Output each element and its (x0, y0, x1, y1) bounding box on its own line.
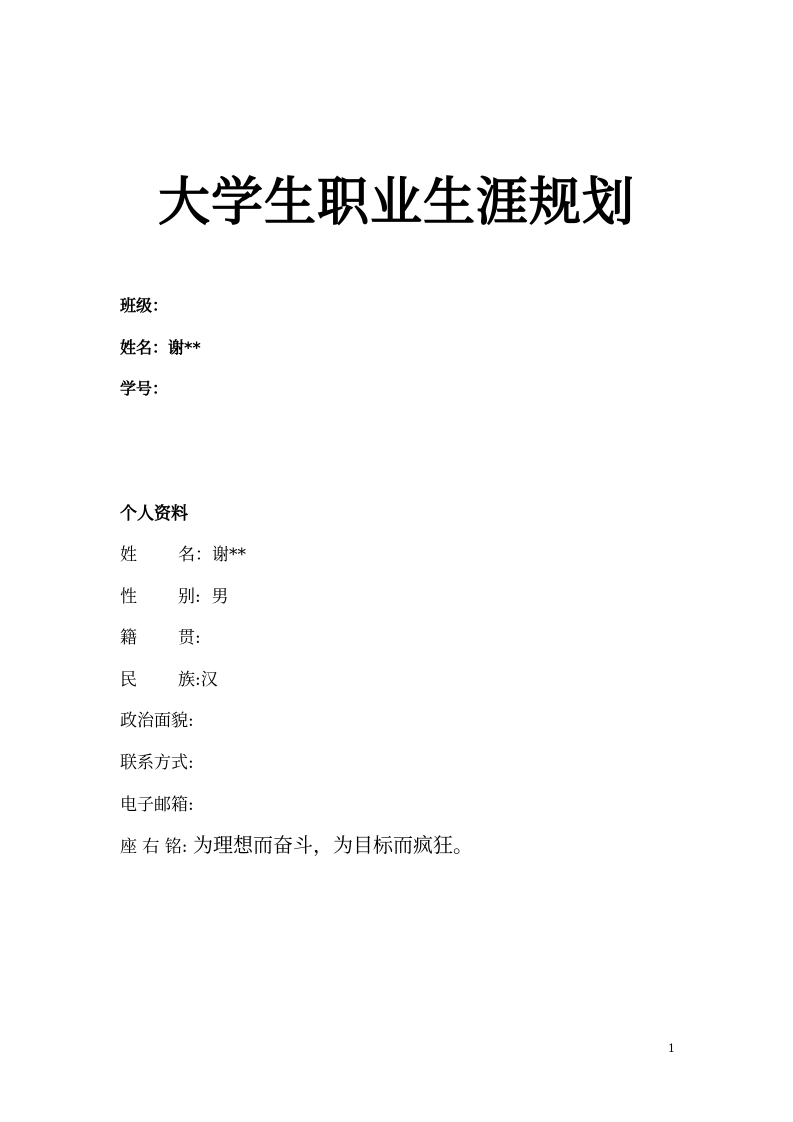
info-contact-label: 联系方式: (120, 753, 194, 773)
info-name-row: 姓名：谢** (120, 545, 246, 565)
info-motto-label: 座 右 铭: (120, 837, 193, 857)
info-gender-row: 性别: 男 (120, 587, 229, 607)
info-motto-row: 座 右 铭: 为理想而奋斗，为目标而疯狂。 (120, 835, 473, 857)
info-native-place-row: 籍贯: (120, 628, 201, 648)
personal-info-heading: 个人资料 (120, 504, 188, 524)
name-label: 姓名： (120, 338, 168, 357)
page-number: 1 (668, 1042, 675, 1056)
document-title: 大学生职业生涯规划 (0, 168, 793, 238)
student-id-label: 学号： (120, 379, 168, 398)
info-email-row: 电子邮箱: (120, 795, 194, 815)
info-ethnicity-value: 汉 (201, 670, 218, 690)
class-label: 班级： (120, 296, 168, 315)
info-political-status-label: 政治面貌: (120, 711, 194, 731)
name-field: 姓名：谢** (120, 338, 201, 358)
student-id-field: 学号： (120, 379, 168, 399)
info-name-char1: 姓 (120, 545, 178, 565)
class-field: 班级： (120, 296, 168, 316)
info-name-value: 谢** (212, 545, 246, 565)
info-ethnicity-row: 民族:汉 (120, 670, 218, 690)
info-ethnicity-char1: 民 (120, 670, 178, 690)
info-native-place-char1: 籍 (120, 628, 178, 648)
info-gender-value: 男 (201, 587, 229, 607)
info-gender-char2: 别: (178, 587, 201, 607)
info-gender-char1: 性 (120, 587, 178, 607)
info-ethnicity-char2: 族: (178, 670, 201, 690)
info-native-place-char2: 贯: (178, 628, 201, 648)
info-name-char2: 名： (178, 545, 212, 565)
info-political-status-row: 政治面貌: (120, 711, 194, 731)
name-value: 谢** (168, 338, 201, 357)
info-email-label: 电子邮箱: (120, 795, 194, 815)
info-contact-row: 联系方式: (120, 753, 194, 773)
info-motto-value: 为理想而奋斗，为目标而疯狂。 (193, 833, 473, 857)
